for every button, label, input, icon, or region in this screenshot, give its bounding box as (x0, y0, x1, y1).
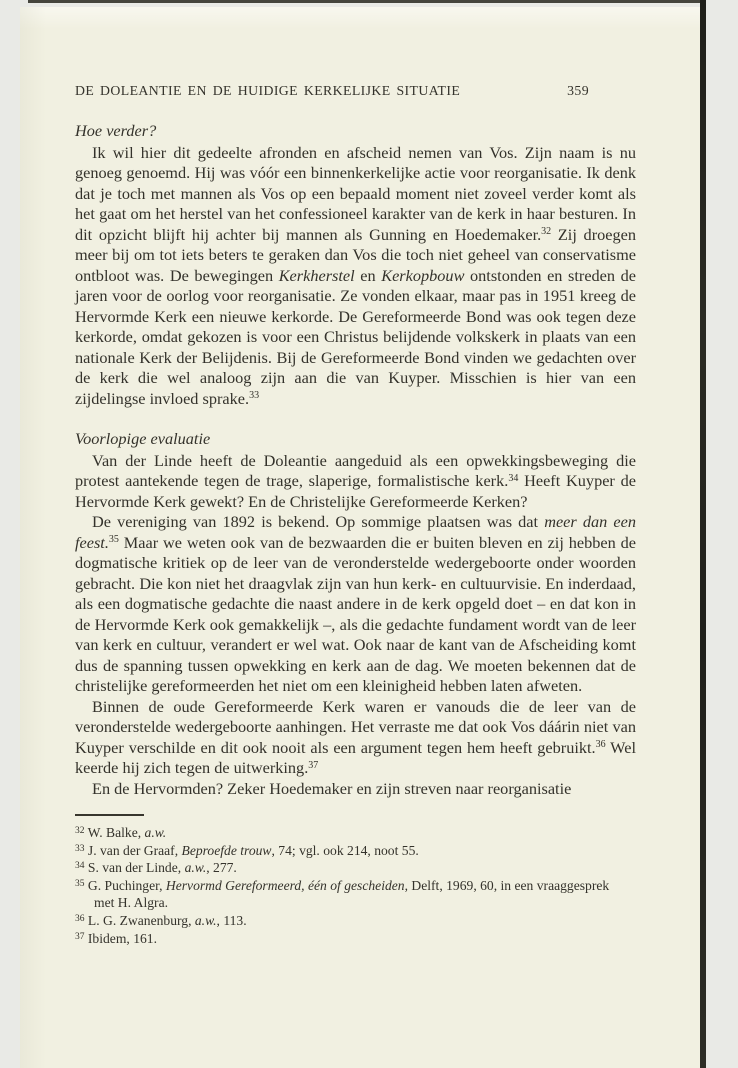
paragraph-text: ontstonden en streden de jaren voor de o… (75, 266, 636, 408)
paragraph-text: De vereniging van 1892 is bekend. Op som… (92, 512, 544, 531)
footnote-marker: 37 (75, 932, 85, 942)
footnote-ref-34: 34 (508, 473, 518, 484)
paragraph-2: Van der Linde heeft de Doleantie aangedu… (75, 451, 636, 513)
section-heading-hoe-verder: Hoe verder? (75, 121, 636, 142)
paragraph-1: Ik wil hier dit gedeelte afronden en afs… (75, 143, 636, 410)
footnotes-block: 32 W. Balke, a.w. 33 J. van der Graaf, B… (20, 824, 700, 947)
footnote-italic: a.w. (195, 913, 217, 928)
footnote-italic: a.w. (185, 860, 207, 875)
section-heading-voorlopige-evaluatie: Voorlopige evaluatie (75, 429, 636, 450)
paragraph-3: De vereniging van 1892 is bekend. Op som… (75, 512, 636, 697)
footnote-ref-32: 32 (541, 226, 551, 237)
footnote-italic: Beproefde trouw (182, 843, 272, 858)
footnote-text: G. Puchinger, (88, 878, 166, 893)
footnote-35: 35 G. Puchinger, Hervormd Gereformeerd, … (75, 877, 630, 912)
paragraph-text: En de Hervormden? Zeker Hoedemaker en zi… (92, 779, 571, 798)
footnote-ref-37: 37 (308, 760, 318, 771)
paragraph-5: En de Hervormden? Zeker Hoedemaker en zi… (75, 779, 636, 800)
paragraph-4: Binnen de oude Gereformeerde Kerk waren … (75, 697, 636, 779)
paragraph-text: Maar we weten ook van de bezwaarden die … (75, 533, 636, 696)
footnote-marker: 35 (75, 879, 85, 889)
book-page: DE DOLEANTIE EN DE HUIDIGE KERKELIJKE SI… (20, 7, 700, 1068)
running-header-title: DE DOLEANTIE EN DE HUIDIGE KERKELIJKE SI… (75, 83, 460, 99)
footnote-ref-33: 33 (249, 390, 259, 401)
footnote-marker: 33 (75, 844, 85, 854)
footnote-marker: 34 (75, 861, 85, 871)
footnote-text: J. van der Graaf, (88, 843, 182, 858)
italic-term-kerkopbouw: Kerkopbouw (381, 266, 464, 285)
footnote-text: , 277. (206, 860, 237, 875)
footnote-italic: a.w. (145, 825, 167, 840)
footnote-text: L. G. Zwanenburg, (88, 913, 195, 928)
footnote-separator-rule (75, 814, 144, 816)
footnote-text: W. Balke, (88, 825, 145, 840)
footnote-37: 37 Ibidem, 161. (75, 930, 630, 948)
page-number: 359 (567, 83, 589, 99)
footnote-34: 34 S. van der Linde, a.w., 277. (75, 859, 630, 877)
footnote-text: , 113. (217, 913, 247, 928)
footnote-text: , 74; vgl. ook 214, noot 55. (272, 843, 419, 858)
footnote-text: S. van der Linde, (88, 860, 185, 875)
footnote-ref-35: 35 (109, 534, 119, 545)
scanned-book-page: DE DOLEANTIE EN DE HUIDIGE KERKELIJKE SI… (0, 0, 738, 1068)
footnote-36: 36 L. G. Zwanenburg, a.w., 113. (75, 912, 630, 930)
running-header: DE DOLEANTIE EN DE HUIDIGE KERKELIJKE SI… (20, 83, 700, 99)
footnote-33: 33 J. van der Graaf, Beproefde trouw, 74… (75, 842, 630, 860)
footnote-32: 32 W. Balke, a.w. (75, 824, 630, 842)
paragraph-text: en (355, 266, 382, 285)
book-edge-shadow-bar (700, 0, 706, 1068)
footnote-italic: Hervormd Gereformeerd, één of gescheiden (166, 878, 405, 893)
italic-term-kerkherstel: Kerkherstel (279, 266, 355, 285)
footnote-marker: 32 (75, 826, 85, 836)
footnote-marker: 36 (75, 914, 85, 924)
scan-top-edge-line (28, 0, 706, 3)
footnote-ref-36: 36 (596, 739, 606, 750)
footnote-text: Ibidem, 161. (88, 931, 157, 946)
page-body: Hoe verder? Ik wil hier dit gedeelte afr… (20, 121, 700, 799)
paragraph-text: Binnen de oude Gereformeerde Kerk waren … (75, 697, 636, 757)
